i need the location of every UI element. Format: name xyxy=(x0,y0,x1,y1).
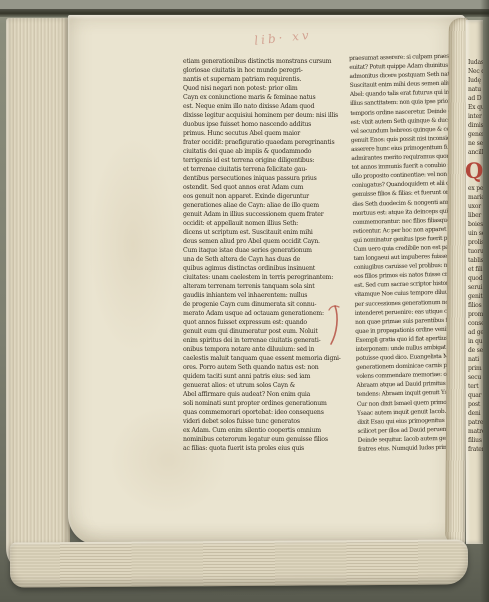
text-line: dicens ut scriptum est. Suscitauit enim … xyxy=(183,228,347,237)
text-line: gloriosae ciuitatis in hoc mundo peregri… xyxy=(183,66,347,75)
text-line: nantis et supernam patriam requirentis. xyxy=(183,75,347,84)
text-line: Cayn ex coniunctione maris & feminae nat… xyxy=(183,93,347,102)
text-line: Quod nisi negari non potest: prior olim xyxy=(183,84,347,93)
text-line: dentibus persecutiones iniquas passura p… xyxy=(183,174,347,183)
text-line: genuerat alios: et utrum solos Cayn & xyxy=(183,381,347,390)
page-stack-fore-edge xyxy=(6,18,70,574)
text-line: occidit: et appellauit nomen illius Seth… xyxy=(183,219,347,228)
text-line: gaudiis inhiantem vel inhaerentem: nullu… xyxy=(183,291,347,300)
rubric-margin-mark xyxy=(327,303,341,347)
text-line: merato Adam usque ad octauam generatione… xyxy=(183,309,347,318)
text-line: videri debet solos fuisse tunc generatos xyxy=(183,417,347,426)
text-line: et terrenae ciuitatis terrena felicitate… xyxy=(183,165,347,174)
page-stack-tail-edge xyxy=(10,539,468,587)
text-line: ostendit. Sed quot annos erat Adam cum xyxy=(183,183,347,192)
text-column-left: etiam generationibus distinctis monstran… xyxy=(183,57,347,455)
book-photo: lib· xv etiam generationibus distinctis … xyxy=(0,0,489,602)
text-line: genuit eum qui dinumeratur post eum. Nol… xyxy=(183,327,347,336)
text-line: de progenie Cayn cum dinumerata sit conn… xyxy=(183,300,347,309)
text-line: primus. Hunc secutus Abel quem maior xyxy=(183,129,347,138)
text-line: genuit Adam in illius successionem quem … xyxy=(183,210,347,219)
text-line: alteram terrenam terrenis tanquam sola s… xyxy=(183,282,347,291)
text-line: una de Seth altera de Cayn has duas de xyxy=(183,255,347,264)
text-line: est. Neque enim illo nato dixisse Adam q… xyxy=(183,102,347,111)
text-line: Abel affirmare quis audeat? Non enim qui… xyxy=(183,390,347,399)
text-line: ores. Porro autem Seth quando natus est:… xyxy=(183,363,347,372)
text-line: ciuitates: unam caelestem in terris pere… xyxy=(183,273,347,282)
backdrop-right-shade xyxy=(480,0,489,602)
text-line: terrigenis id est terrena origine dilige… xyxy=(183,156,347,165)
text-line: dixisse legitur acquisiui hominem per de… xyxy=(183,111,347,120)
text-line: etiam generationibus distinctis monstran… xyxy=(183,57,347,66)
backdrop-top xyxy=(0,0,489,9)
text-line: nominibus ceterorum legatur eum genuisse… xyxy=(183,435,347,444)
text-line: eos genuit non apparet. Exinde digeruntu… xyxy=(183,192,347,201)
text-line: ac filias: quota fuerit ista proles eius… xyxy=(183,444,347,453)
text-line: onibus tempora notare ante diluuium: sed… xyxy=(183,345,347,354)
text-line: ciuitatis dei quae ab impiis & quodammod… xyxy=(183,147,347,156)
page-stain xyxy=(88,135,178,355)
text-line: frater occidit: praefiguratio quaedam pe… xyxy=(183,138,347,147)
text-line: generationes aliae de Cayn: aliae de ill… xyxy=(183,201,347,210)
text-line: duobus ipse fuisset homo nascendo additu… xyxy=(183,120,347,129)
text-line: quas commemorari oportebat: ideo consequ… xyxy=(183,408,347,417)
text-line: caelestis maluit tanquam quae essent mem… xyxy=(183,354,347,363)
text-line: quibus agimus distinctas ordinibus insin… xyxy=(183,264,347,273)
text-line: Cum itaque istae duae series generationu… xyxy=(183,246,347,255)
text-line: deus semen aliud pro Abel quem occidit C… xyxy=(183,237,347,246)
text-line: quot annos fuisset expressum est: quando xyxy=(183,318,347,327)
text-line: soli nominati sunt propter ordines gener… xyxy=(183,399,347,408)
text-line: ex Adam. Cum enim silentio coopertis omn… xyxy=(183,426,347,435)
text-line: quidem taciti sunt anni patris eius: sed… xyxy=(183,372,347,381)
text-line: enim spiritus dei in terrenae ciuitatis … xyxy=(183,336,347,345)
